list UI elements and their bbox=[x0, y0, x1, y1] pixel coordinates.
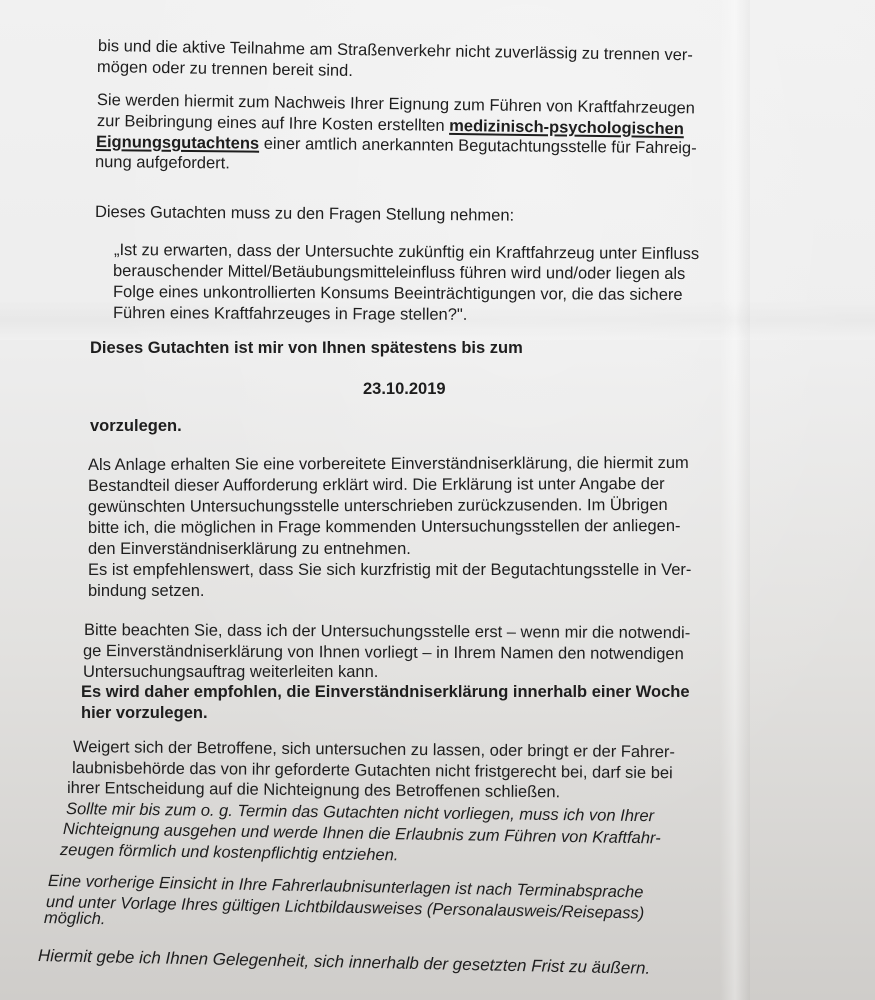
recommendation-line-1: Es wird daher empfohlen, die Einverständ… bbox=[81, 682, 690, 702]
paragraph-2-line-4: nung aufgefordert. bbox=[95, 152, 230, 173]
paragraph-4-line-5: den Einverständniserklärung zu entnehmen… bbox=[88, 539, 411, 559]
paragraph-5-line-3: Untersuchungsauftrag weiterleiten kann. bbox=[83, 662, 378, 682]
quote-line-4: Führen eines Kraftfahrzeuges in Frage st… bbox=[113, 303, 467, 325]
mpu-emphasis: medizinisch-psychologischen bbox=[449, 117, 684, 138]
letter-page: bis und die aktive Teilnahme am Straßenv… bbox=[0, 0, 875, 1000]
paragraph-4-line-3: gewünschten Untersuchungsstelle untersch… bbox=[88, 495, 668, 517]
paragraph-4-line-6: Es ist empfehlenswert, dass Sie sich kur… bbox=[88, 560, 691, 580]
paragraph-6-line-3: ihrer Entscheidung auf die Nichteignung … bbox=[67, 778, 560, 802]
paragraph-5-line-2: ge Einverständniserklärung von Ihnen vor… bbox=[83, 641, 684, 664]
deadline-line-1: Dieses Gutachten ist mir von Ihnen späte… bbox=[90, 338, 523, 358]
paragraph-1-line-2: mögen oder zu trennen bereit sind. bbox=[97, 57, 353, 81]
eignungsgutachten-emphasis: Eignungsgutachtens bbox=[96, 133, 259, 153]
question-intro: Dieses Gutachten muss zu den Fragen Stel… bbox=[95, 202, 514, 226]
paragraph-6-italic-line-3: zeugen förmlich und kostenpflichtig entz… bbox=[60, 840, 399, 865]
paragraph-5-line-1: Bitte beachten Sie, dass ich der Untersu… bbox=[84, 620, 690, 643]
paragraph-2-line-2-text: zur Beibringung eines auf Ihre Kosten er… bbox=[97, 112, 449, 135]
paper-fold-vertical bbox=[720, 0, 750, 1000]
paragraph-4-line-4: bitte ich, die möglichen in Frage kommen… bbox=[88, 516, 681, 538]
recommendation-line-2: hier vorzulegen. bbox=[81, 703, 208, 723]
paragraph-4-line-2: Bestandteil dieser Aufforderung erklärt … bbox=[88, 474, 665, 496]
deadline-date: 23.10.2019 bbox=[363, 379, 446, 399]
paragraph-4-line-7: bindung setzen. bbox=[88, 581, 205, 601]
paragraph-7-line-3: möglich. bbox=[44, 908, 106, 929]
paragraph-4-line-1: Als Anlage erhalten Sie eine vorbereitet… bbox=[88, 453, 689, 475]
deadline-line-2: vorzulegen. bbox=[90, 416, 182, 436]
closing-line: Hiermit gebe ich Ihnen Gelegenheit, sich… bbox=[38, 946, 651, 979]
quote-line-3: Folge eines unkontrollierten Konsums Bee… bbox=[113, 282, 683, 305]
quote-line-2: berauschender Mittel/Betäubungsmittelein… bbox=[113, 261, 685, 284]
paragraph-2-line-3-text: einer amtlich anerkannten Begutachtungss… bbox=[259, 135, 697, 158]
